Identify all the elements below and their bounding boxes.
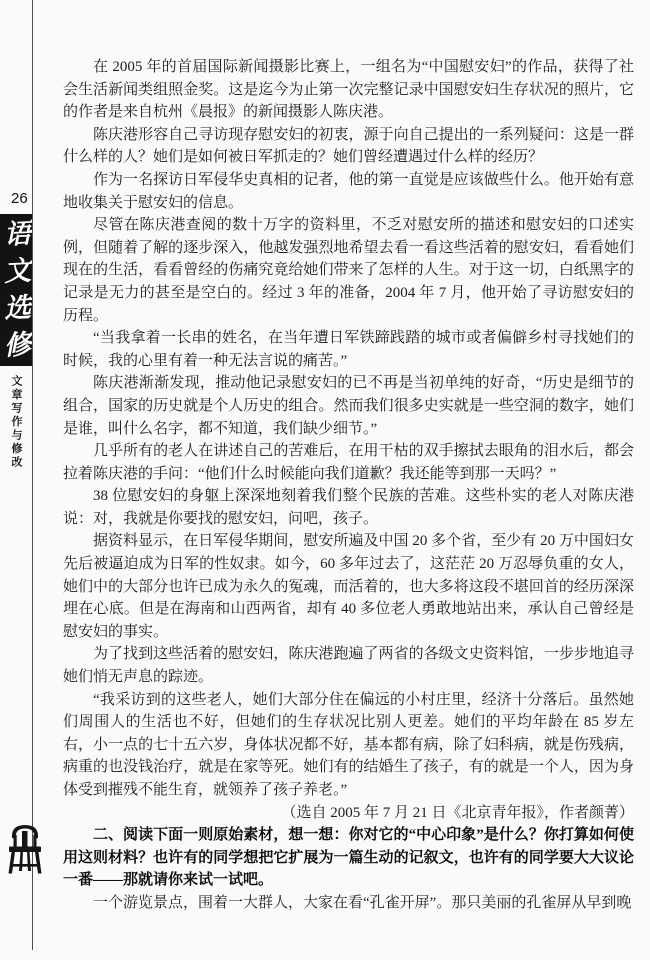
material-paragraph: 一个游览景点，围着一大群人，大家在看“孔雀开屏”。那只美丽的孔雀屏从早到晚 xyxy=(63,892,634,915)
page-number: 26 xyxy=(11,190,28,207)
article-paragraph: 38 位慰安妇的身躯上深深地刻着我们整个民族的苦难。这些朴实的老人对陈庆港说：对… xyxy=(63,485,634,530)
article-paragraph: “当我拿着一长串的姓名，在当年遭日军铁蹄践踏的城市或者偏僻乡村寻找她们的时候，我… xyxy=(63,327,634,372)
chair-icon xyxy=(7,821,43,877)
spine-title-char: 选 xyxy=(3,289,32,327)
article-paragraph: 陈庆港形容自己寻访现存慰安妇的初衷，源于向自己提出的一系列疑问：这是一群什么样的… xyxy=(63,124,634,169)
article-paragraph: “我采访到的这些老人，她们大部分住在偏远的小村庄里，经济十分落后。虽然她们周围人… xyxy=(63,689,634,802)
spine-subtitle: 文章写作与修改 xyxy=(8,375,24,470)
exercise-prompt: 二、阅读下面一则原始素材，想一想：你对它的“中心印象”是什么？你打算如何使用这则… xyxy=(63,824,634,892)
spine-title-char: 修 xyxy=(3,326,32,364)
article-paragraph: 陈庆港渐渐发现，推动他记录慰安妇的已不再是当初单纯的好奇，“历史是细节的组合，国… xyxy=(63,372,634,440)
article-paragraph: 据资料显示，在日军侵华期间，慰安所遍及中国 20 多个省，至少有 20 万中国妇… xyxy=(63,530,634,643)
article-paragraph: 在 2005 年的首届国际新闻摄影比赛上，一组名为“中国慰安妇”的作品，获得了社… xyxy=(63,56,634,124)
spine-title-char: 语 xyxy=(3,215,32,253)
attribution-line: （选自 2005 年 7 月 21 日《北京青年报》，作者颜菁） xyxy=(63,802,634,825)
spine-title-char: 文 xyxy=(3,252,32,290)
article-paragraph: 作为一名探访日军侵华史真相的记者，他的第一直觉是应该做些什么。他开始有意地收集关… xyxy=(63,169,634,214)
article-text-block: 在 2005 年的首届国际新闻摄影比赛上，一组名为“中国慰安妇”的作品，获得了社… xyxy=(63,56,634,915)
article-paragraph: 几乎所有的老人在讲述自己的苦难后，在用干枯的双手擦拭去眼角的泪水后，都会拉着陈庆… xyxy=(63,440,634,485)
book-page: 26 语 文 选 修 文章写作与修改 在 2005 年的首届国际新闻摄影比赛上，… xyxy=(0,0,650,960)
article-paragraph: 尽管在陈庆港查阅的数十万字的资料里，不乏对慰安所的描述和慰安妇的口述实例，但随着… xyxy=(63,214,634,327)
spine-title-box: 语 文 选 修 xyxy=(0,214,32,366)
article-paragraph: 为了找到这些活着的慰安妇，陈庆港跑遍了两省的各级文史资料馆，一步步地追寻她们悄无… xyxy=(63,643,634,688)
margin-divider-rule xyxy=(32,0,33,950)
